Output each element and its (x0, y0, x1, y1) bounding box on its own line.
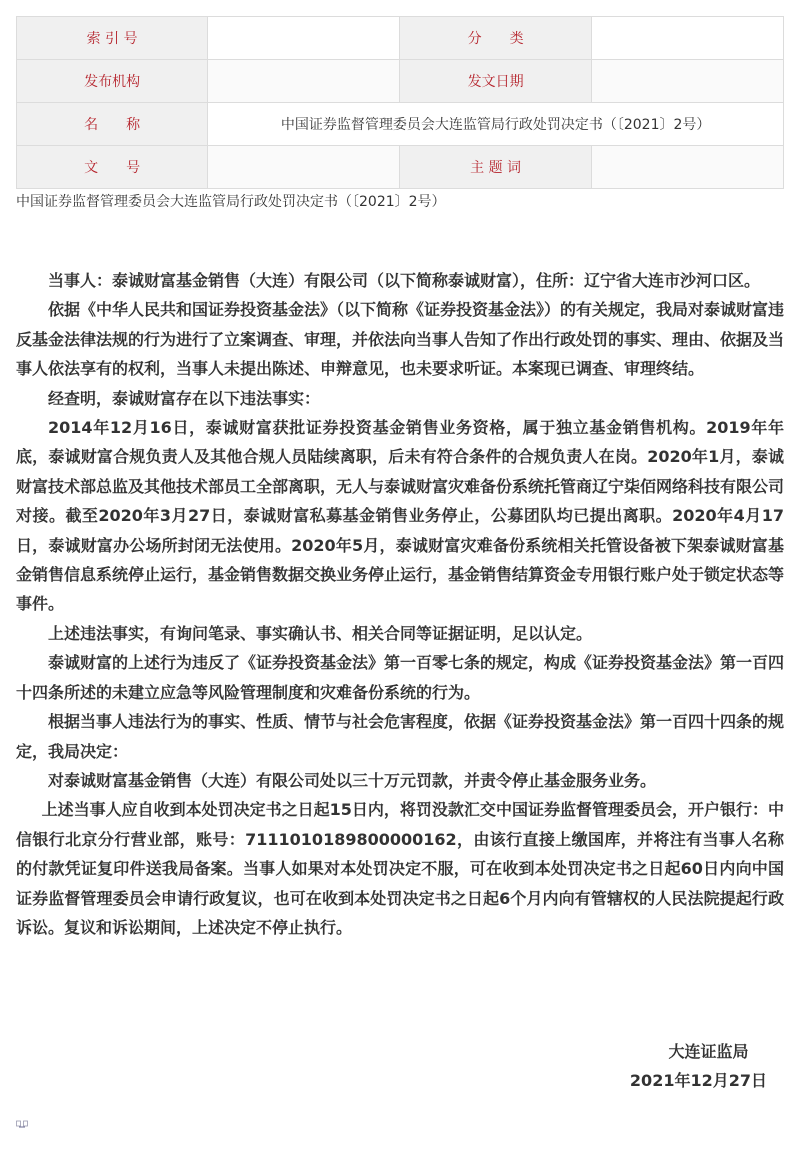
title-value: 中国证券监督管理委员会大连监管局行政处罚决定书（〔2021〕2号） (208, 103, 784, 146)
doc-number-value (208, 146, 400, 189)
paragraph-penalty: 对泰诚财富基金销售（大连）有限公司处以三十万元罚款，并责令停止基金服务业务。 (16, 766, 784, 795)
paragraph-evidence: 上述违法事实，有询问笔录、事实确认书、相关合同等证据证明，足以认定。 (16, 619, 784, 648)
category-value (591, 17, 783, 60)
document-metadata-table: 索 引 号 分 类 发布机构 发文日期 名 称 中国证券监督管理委员会大连监管局… (16, 16, 784, 189)
signature-date: 2021年12月27日 (630, 1066, 767, 1095)
title-label: 名 称 (17, 103, 208, 146)
paragraph-violation: 泰诚财富的上述行为违反了《证券投资基金法》第一百零七条的规定，构成《证券投资基金… (16, 648, 784, 707)
issue-date-value (591, 60, 783, 103)
signature-block: 大连证监局 2021年12月27日 (630, 1037, 767, 1095)
category-label: 分 类 (400, 17, 591, 60)
placeholder-glyph-icon (16, 1120, 28, 1128)
meta-row-doc-number: 文 号 主 题 词 (17, 146, 784, 189)
meta-row-index: 索 引 号 分 类 (17, 17, 784, 60)
paragraph-decision-basis: 根据当事人违法行为的事实、性质、情节与社会危害程度，依据《证券投资基金法》第一百… (16, 707, 784, 766)
publisher-label: 发布机构 (17, 60, 208, 103)
document-body: 当事人：泰诚财富基金销售（大连）有限公司（以下简称泰诚财富），住所：辽宁省大连市… (16, 266, 784, 942)
meta-row-publisher: 发布机构 发文日期 (17, 60, 784, 103)
meta-row-title: 名 称 中国证券监督管理委员会大连监管局行政处罚决定书（〔2021〕2号） (17, 103, 784, 146)
index-number-value (208, 17, 400, 60)
issue-date-label: 发文日期 (400, 60, 591, 103)
signature-organization: 大连证监局 (630, 1037, 767, 1066)
paragraph-basis: 依据《中华人民共和国证券投资基金法》（以下简称《证券投资基金法》）的有关规定，我… (16, 295, 784, 383)
paragraph-payment-appeal: 上述当事人应自收到本处罚决定书之日起15日内，将罚没款汇交中国证券监督管理委员会… (16, 795, 784, 942)
publisher-value (208, 60, 400, 103)
keywords-value (591, 146, 783, 189)
index-number-label: 索 引 号 (17, 17, 208, 60)
paragraph-findings-intro: 经查明，泰诚财富存在以下违法事实： (16, 384, 784, 413)
doc-number-label: 文 号 (17, 146, 208, 189)
paragraph-party: 当事人：泰诚财富基金销售（大连）有限公司（以下简称泰诚财富），住所：辽宁省大连市… (16, 266, 784, 295)
paragraph-facts: 2014年12月16日，泰诚财富获批证券投资基金销售业务资格，属于独立基金销售机… (16, 413, 784, 619)
document-subtitle: 中国证券监督管理委员会大连监管局行政处罚决定书（〔2021〕2号） (16, 191, 446, 211)
keywords-label: 主 题 词 (400, 146, 591, 189)
